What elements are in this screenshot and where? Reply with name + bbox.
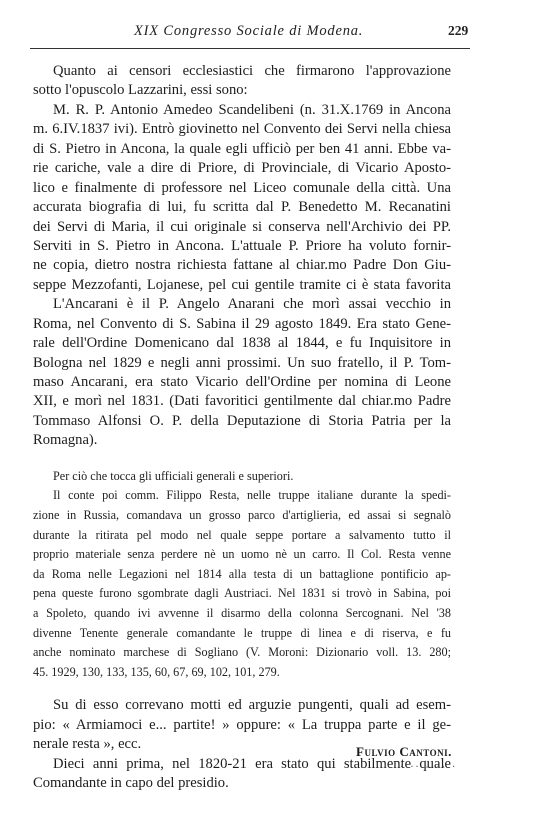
text-line: rie cariche, vale a dire di Priore, di P… [33,159,451,178]
quotation-block: Per ciò che tocca gli ufficiali generali… [33,467,451,683]
text-line: Comandante in capo del presidio. [33,774,451,793]
text-line: rale dell'Ordine Domenicano dal 1838 al … [33,334,451,353]
text-line: di S. Pietro in Ancona, la quale egli uf… [33,140,451,159]
text-line: M. R. P. Antonio Amedeo Scandelibeni (n.… [33,101,451,120]
text-line: Serviti in S. Pietro in Ancona. L'attual… [33,237,451,256]
page-header: XIX Congresso Sociale di Modena. 229 [30,20,470,44]
spacer [33,451,451,467]
text-line: sotto l'opuscolo Lazzarini, essi sono: [33,81,451,100]
text-line: dei Servi di Maria, il cui originale si … [33,218,451,237]
quotation-line: 45. 1929, 130, 133, 135, 60, 67, 69, 102… [33,663,451,683]
document-page: XIX Congresso Sociale di Modena. 229 Qua… [0,0,550,828]
quotation-heading: Per ciò che tocca gli ufficiali generali… [33,467,451,487]
text-line: pio: « Armiamoci e... partite! » oppure:… [33,716,451,735]
text-line: Bologna nel 1829 e negli anni prossimi. … [33,354,451,373]
text-line: Romagna). [33,431,451,450]
spacer [33,682,451,696]
text-line: L'Ancarani è il P. Angelo Anarani che mo… [33,295,451,314]
quotation-line: pena queste furono sgombrate dagli Austr… [33,584,451,604]
text-line: Quanto ai censori ecclesiastici che firm… [33,62,451,81]
paragraph-scandelibeni: M. R. P. Antonio Amedeo Scandelibeni (n.… [33,101,451,295]
quotation-line: a Spoleto, quando ivi avvenne il disarmo… [33,604,451,624]
paragraph-censors: Quanto ai censori ecclesiastici che firm… [33,62,451,101]
quotation-line: proprio materiale senza perdere nè un uo… [33,545,451,565]
text-line: seppe Mezzofanti, Lojanese, pel cui gent… [33,276,451,295]
quotation-line: durante la ritirata pel modo nel quale s… [33,526,451,546]
text-line: XII, e morì nel 1831. (Dati favoritici g… [33,392,451,411]
running-title: XIX Congresso Sociale di Modena. [134,23,363,40]
quotation-line: divenne Tenente generale comandante le t… [33,624,451,644]
paragraph-dieci-anni: Dieci anni prima, nel 1820-21 era stato … [33,755,451,794]
text-line: maso Ancarani, era stato Vicario dell'Or… [33,373,451,392]
print-specks: · ·· - ·· · [400,762,457,773]
paragraph-ancarani: L'Ancarani è il P. Angelo Anarani che mo… [33,295,451,451]
page-number: 229 [448,23,468,39]
author-signature: Fulvio Cantoni. [356,744,452,760]
text-line: Tommaso Alfonsi O. P. della Deputazione … [33,412,451,431]
quotation-line: anche nominato marchese di Sogliano (V. … [33,643,451,663]
quotation-line: Il conte poi comm. Filippo Resta, nelle … [33,486,451,506]
text-line: accurata biografia di lui, fu scritta da… [33,198,451,217]
text-line: Su di esso correvano motti ed arguzie pu… [33,696,451,715]
text-line: lico e finalmente di professore nel Lice… [33,179,451,198]
text-line: ne copia, dietro nostra richiesta fattan… [33,256,451,275]
page-body: Quanto ai censori ecclesiastici che firm… [33,62,451,793]
text-line: Roma, nel Convento di S. Sabina il 29 ag… [33,315,451,334]
quotation-line: da Roma nelle Legazioni nel 1814 alla te… [33,565,451,585]
text-line: m. 6.IV.1837 ivi). Entrò giovinetto nel … [33,120,451,139]
quotation-line: zione in Russia, comandava un grosso par… [33,506,451,526]
header-rule [30,48,470,49]
